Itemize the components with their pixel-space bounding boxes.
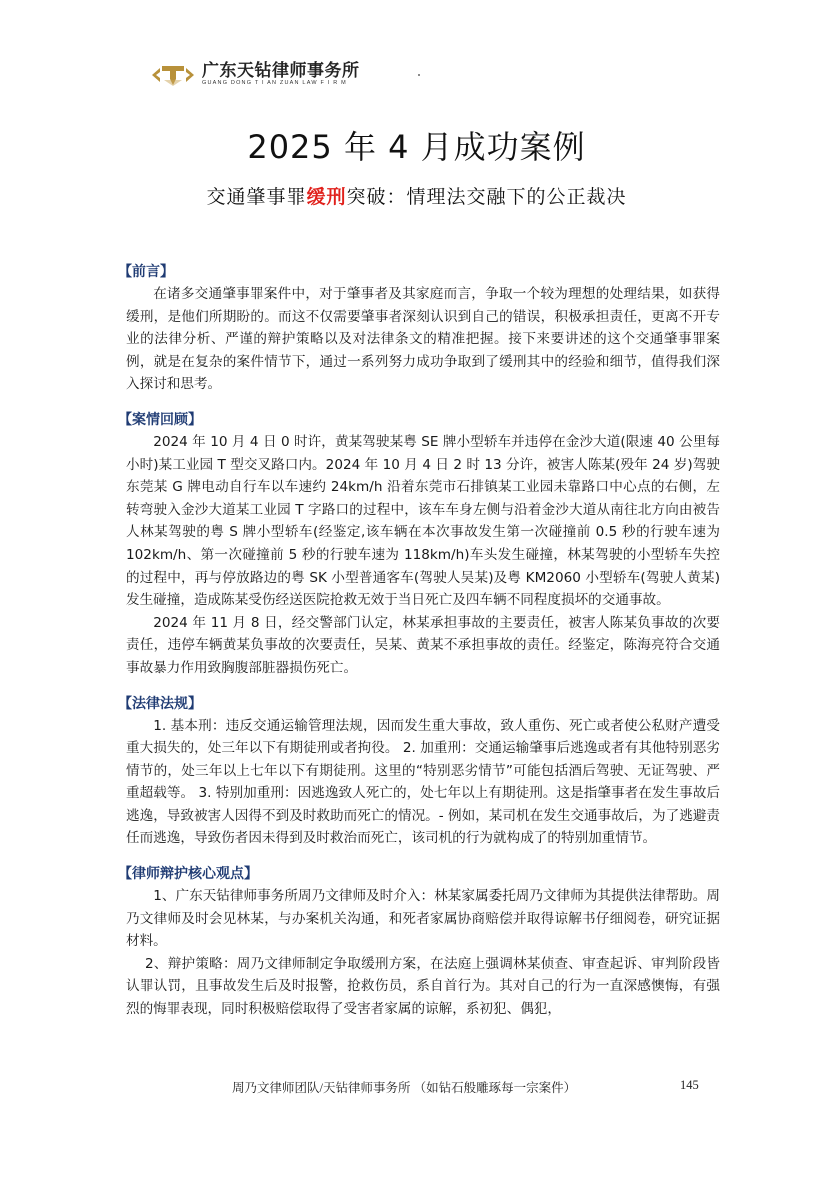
firm-name-en: GUANG DONG T I AN ZUAN LAW F I R M bbox=[202, 80, 360, 87]
firm-name-cn: 广东天钻律师事务所 bbox=[202, 62, 360, 80]
section-heading: 【案情回顾】 bbox=[118, 409, 720, 431]
page-number: 145 bbox=[680, 1078, 699, 1093]
paragraph: 在诸多交通肇事罪案件中，对于肇事者及其家庭而言，争取一个较为理想的处理结果，如获… bbox=[126, 283, 720, 396]
firm-logo: 广东天钻律师事务所 GUANG DONG T I AN ZUAN LAW F I… bbox=[150, 62, 360, 87]
paragraph: 2024 年 10 月 4 日 0 时许，黄某驾驶某粤 SE 牌小型轿车并违停在… bbox=[126, 431, 720, 612]
paragraph: 2024 年 11 月 8 日，经交警部门认定，林某承担事故的主要责任，被害人陈… bbox=[126, 612, 720, 680]
paragraph: 2、辩护策略：周乃文律师制定争取缓刑方案，在法庭上强调林某侦查、审查起诉、审判阶… bbox=[126, 953, 720, 1021]
page-title: 2025 年 4 月成功案例 bbox=[0, 122, 833, 168]
section-preface: 【前言】 在诸多交通肇事罪案件中，对于肇事者及其家庭而言，争取一个较为理想的处理… bbox=[126, 261, 720, 396]
firm-logo-icon bbox=[150, 64, 196, 86]
section-heading: 【前言】 bbox=[118, 261, 720, 283]
subtitle-highlight: 缓刑 bbox=[306, 186, 346, 208]
section-heading: 【律师辩护核心观点】 bbox=[118, 863, 720, 885]
decorative-dot bbox=[418, 74, 420, 76]
subtitle-prefix: 交通肇事罪 bbox=[206, 186, 306, 208]
footer-text: 周乃文律师团队/天钻律师事务所 （如钻石般雕琢每一宗案件） bbox=[232, 1078, 576, 1096]
document-body: 【前言】 在诸多交通肇事罪案件中，对于肇事者及其家庭而言，争取一个较为理想的处理… bbox=[126, 261, 720, 1034]
page-subtitle: 交通肇事罪缓刑突破：情理法交融下的公正裁决 bbox=[0, 182, 833, 209]
paragraph: 1. 基本刑：违反交通运输管理法规，因而发生重大事故，致人重伤、死亡或者使公私财… bbox=[126, 715, 720, 851]
section-defense-points: 【律师辩护核心观点】 1、广东天钻律师事务所周乃文律师及时介入：林某家属委托周乃… bbox=[126, 863, 720, 1021]
subtitle-suffix: 突破：情理法交融下的公正裁决 bbox=[347, 186, 627, 208]
section-laws: 【法律法规】 1. 基本刑：违反交通运输管理法规，因而发生重大事故，致人重伤、死… bbox=[126, 693, 720, 851]
section-case-review: 【案情回顾】 2024 年 10 月 4 日 0 时许，黄某驾驶某粤 SE 牌小… bbox=[126, 409, 720, 680]
paragraph: 1、广东天钻律师事务所周乃文律师及时介入：林某家属委托周乃文律师为其提供法律帮助… bbox=[126, 885, 720, 953]
section-heading: 【法律法规】 bbox=[118, 693, 720, 715]
